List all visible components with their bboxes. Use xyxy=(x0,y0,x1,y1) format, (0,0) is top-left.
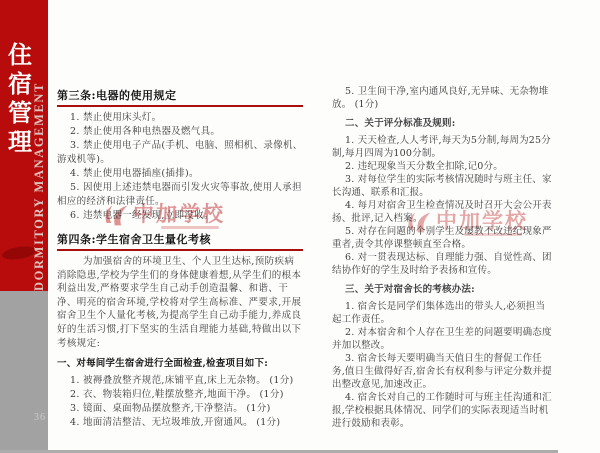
list-item: 3. 禁止使用电子产品(手机、电脑、照相机、录像机、游戏机等)。 xyxy=(57,139,303,167)
article-3-heading-rule xyxy=(57,105,303,107)
article-4-heading-rule xyxy=(57,249,303,251)
article-4-heading: 第四条:学生宿舍卫生量化考核 xyxy=(57,232,303,247)
book-page-spread: 住宿管理 DORMITORY MANAGEMENT 36 中加学校 中加学校 第… xyxy=(0,0,600,453)
section-2-heading: 二、关于评分标准及规则: xyxy=(332,117,553,130)
article-3-list: 1. 禁止使用床头灯。2. 禁止使用各种电热器及燃气具。3. 禁止使用电子产品(… xyxy=(57,111,303,223)
section-3-heading: 三、关于对宿舍长的考核办法: xyxy=(332,283,553,296)
sidebar-tab: 住宿管理 DORMITORY MANAGEMENT xyxy=(0,0,48,291)
list-item: 1. 禁止使用床头灯。 xyxy=(57,111,303,125)
list-item: 1. 宿舍长是同学们集体选出的带头人,必须担当起工作责任。 xyxy=(332,300,553,326)
page-number: 36 xyxy=(34,412,46,423)
article-3-heading: 第三条:电器的使用规定 xyxy=(57,88,303,103)
list-item: 4. 禁止使用电器插座(插排)。 xyxy=(57,167,303,181)
list-item: 2. 禁止使用各种电热器及燃气具。 xyxy=(57,125,303,139)
section-1-heading: 一、对每间学生宿舍进行全面检查,检查项目如下: xyxy=(57,357,303,370)
list-item: 5. 对存在问题的个别学生及屡教不改违纪现象严重者,责令其停课整顿直至合格。 xyxy=(332,225,553,251)
list-item: 4. 地面清洁整洁、无垃圾堆放,开窗通风。 (1分) xyxy=(57,416,303,430)
sidebar-subtitle-vertical: DORMITORY MANAGEMENT xyxy=(31,45,48,291)
list-item: 1. 被褥叠放整齐规范,床铺平直,床上无杂物。 (1分) xyxy=(57,374,303,388)
list-item: 5. 因使用上述违禁电器而引发火灾等事故,使用人承担相应的经济和法律责任。 xyxy=(57,181,303,209)
article-4-section: 第四条:学生宿舍卫生量化考核 为加强宿舍的环境卫生、个人卫生达标,预防疾病消除隐… xyxy=(57,232,303,430)
sidebar-gray-strip: 36 xyxy=(0,291,48,453)
list-item: 2. 衣、物装箱归位,鞋摆放整齐,地面干净。 (1分) xyxy=(57,388,303,402)
left-page-column: 第三条:电器的使用规定 1. 禁止使用床头灯。2. 禁止使用各种电热器及燃气具。… xyxy=(57,88,303,430)
list-item: 4. 宿舍长对自己的工作随时可与班主任沟通和汇报,学校根据具体情况、同学们的实际… xyxy=(332,391,553,430)
list-item: 3. 宿舍长每天要明确当天值日生的督促工作任务,值日生做得好否,宿舍长有权利参与… xyxy=(332,352,553,391)
list-item: 3. 镜面、桌面物品摆放整齐,干净整洁。 (1分) xyxy=(57,402,303,416)
list-item: 3. 对每位学生的实际考核情况随时与班主任、家长沟通、联系和汇报。 xyxy=(332,173,553,199)
list-item: 4. 每月对宿舍卫生检查情况及时召开大会公开表扬、批评,记入档案。 xyxy=(332,199,553,225)
list-item: 2. 违纪现象当天分数全扣除,记0分。 xyxy=(332,160,553,173)
list-item: 2. 对本宿舍和个人存在卫生差的问题要明确态度并加以整改。 xyxy=(332,326,553,352)
section-3-list: 1. 宿舍长是同学们集体选出的带头人,必须担当起工作责任。2. 对本宿舍和个人存… xyxy=(332,300,553,430)
list-item: 1. 天天检查,人人考评,每天为5分制,每周为25分制,每月四周为100分制。 xyxy=(332,134,553,160)
list-item: 6. 对一贯表现达标、自理能力强、自觉性高、团结协作好的学生及时给予表扬和宣传。 xyxy=(332,251,553,277)
carryover-item: 5. 卫生间干净,室内通风良好,无异味、无杂物堆放。 (1分) xyxy=(332,85,553,111)
list-item: 6. 违禁电器一经发现,立即没收。 xyxy=(57,209,303,223)
article-4-intro-paragraph: 为加强宿舍的环境卫生、个人卫生达标,预防疾病消除隐患,学校为学生们的身体健康着想… xyxy=(57,255,303,350)
right-page-column: 5. 卫生间干净,室内通风良好,无异味、无杂物堆放。 (1分) 二、关于评分标准… xyxy=(332,85,553,430)
section-1-list: 1. 被褥叠放整齐规范,床铺平直,床上无杂物。 (1分)2. 衣、物装箱归位,鞋… xyxy=(57,374,303,430)
section-2-list: 1. 天天检查,人人考评,每天为5分制,每周为25分制,每月四周为100分制。2… xyxy=(332,134,553,277)
